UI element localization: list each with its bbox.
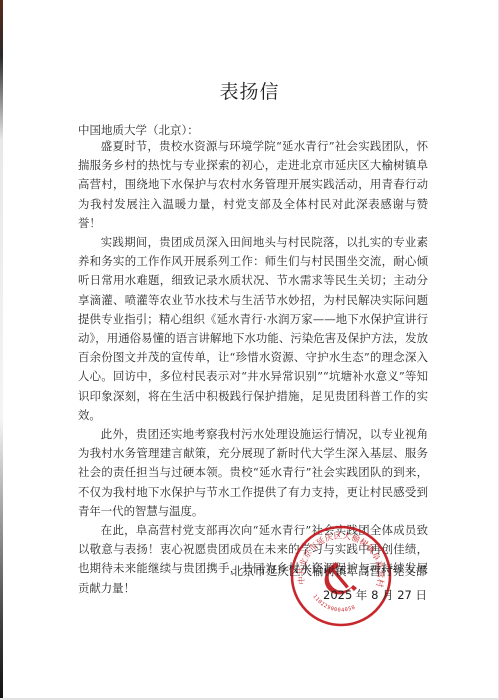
letter-date: 2025 年 8 月 27 日 (323, 587, 427, 603)
signature-organization: 北京市延庆区大榆树镇阜高营村党支部 (232, 563, 428, 579)
paragraph-activities: 实践期间，贵团成员深入田间地头与村民院落，以扎实的专业素养和务实的工作作风开展系… (78, 233, 428, 425)
letter-salutation: 中国地质大学（北京）： (78, 122, 199, 138)
commendation-letter: 表扬信 中国地质大学（北京）： 盛夏时节，贵校水资源与环境学院“延水青行”社会实… (0, 0, 499, 700)
letter-title: 表扬信 (0, 77, 499, 104)
paragraph-intro: 盛夏时节，贵校水资源与环境学院“延水青行”社会实践团队，怀揣服务乡村的热忱与专业… (78, 137, 428, 233)
paragraph-inspection: 此外，贵团还实地考察我村污水处理设施运行情况，以专业视角为我村水务管理建言献策，… (78, 425, 428, 521)
